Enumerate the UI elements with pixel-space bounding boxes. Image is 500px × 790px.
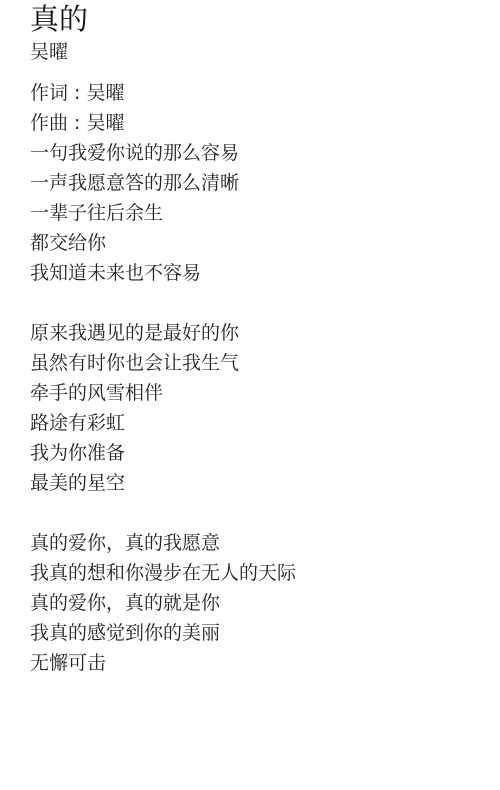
lyric-line: 作词 : 吴曜 [30, 78, 500, 108]
lyric-line: 真的爱你，真的就是你 [30, 588, 500, 618]
song-artist: 吴曜 [30, 38, 500, 66]
lyric-line: 牵手的风雪相伴 [30, 378, 500, 408]
lyric-blank-line [30, 498, 500, 528]
lyric-line: 无懈可击 [30, 648, 500, 678]
lyric-line: 原来我遇见的是最好的你 [30, 318, 500, 348]
lyric-line: 一辈子往后余生 [30, 198, 500, 228]
lyric-line: 我真的感觉到你的美丽 [30, 618, 500, 648]
lyric-line: 我真的想和你漫步在无人的天际 [30, 558, 500, 588]
song-title: 真的 [30, 0, 500, 38]
lyric-line: 作曲 : 吴曜 [30, 108, 500, 138]
lyrics-body: 作词 : 吴曜 作曲 : 吴曜 一句我爱你说的那么容易 一声我愿意答的那么清晰 … [30, 78, 500, 678]
lyric-line: 我知道未来也不容易 [30, 258, 500, 288]
lyrics-page: 真的 吴曜 作词 : 吴曜 作曲 : 吴曜 一句我爱你说的那么容易 一声我愿意答… [30, 0, 500, 678]
lyric-line: 一声我愿意答的那么清晰 [30, 168, 500, 198]
lyric-line: 真的爱你，真的我愿意 [30, 528, 500, 558]
lyric-line: 我为你准备 [30, 438, 500, 468]
lyric-line: 一句我爱你说的那么容易 [30, 138, 500, 168]
lyric-line: 最美的星空 [30, 468, 500, 498]
lyric-line: 都交给你 [30, 228, 500, 258]
lyric-line: 路途有彩虹 [30, 408, 500, 438]
lyric-blank-line [30, 288, 500, 318]
lyric-line: 虽然有时你也会让我生气 [30, 348, 500, 378]
